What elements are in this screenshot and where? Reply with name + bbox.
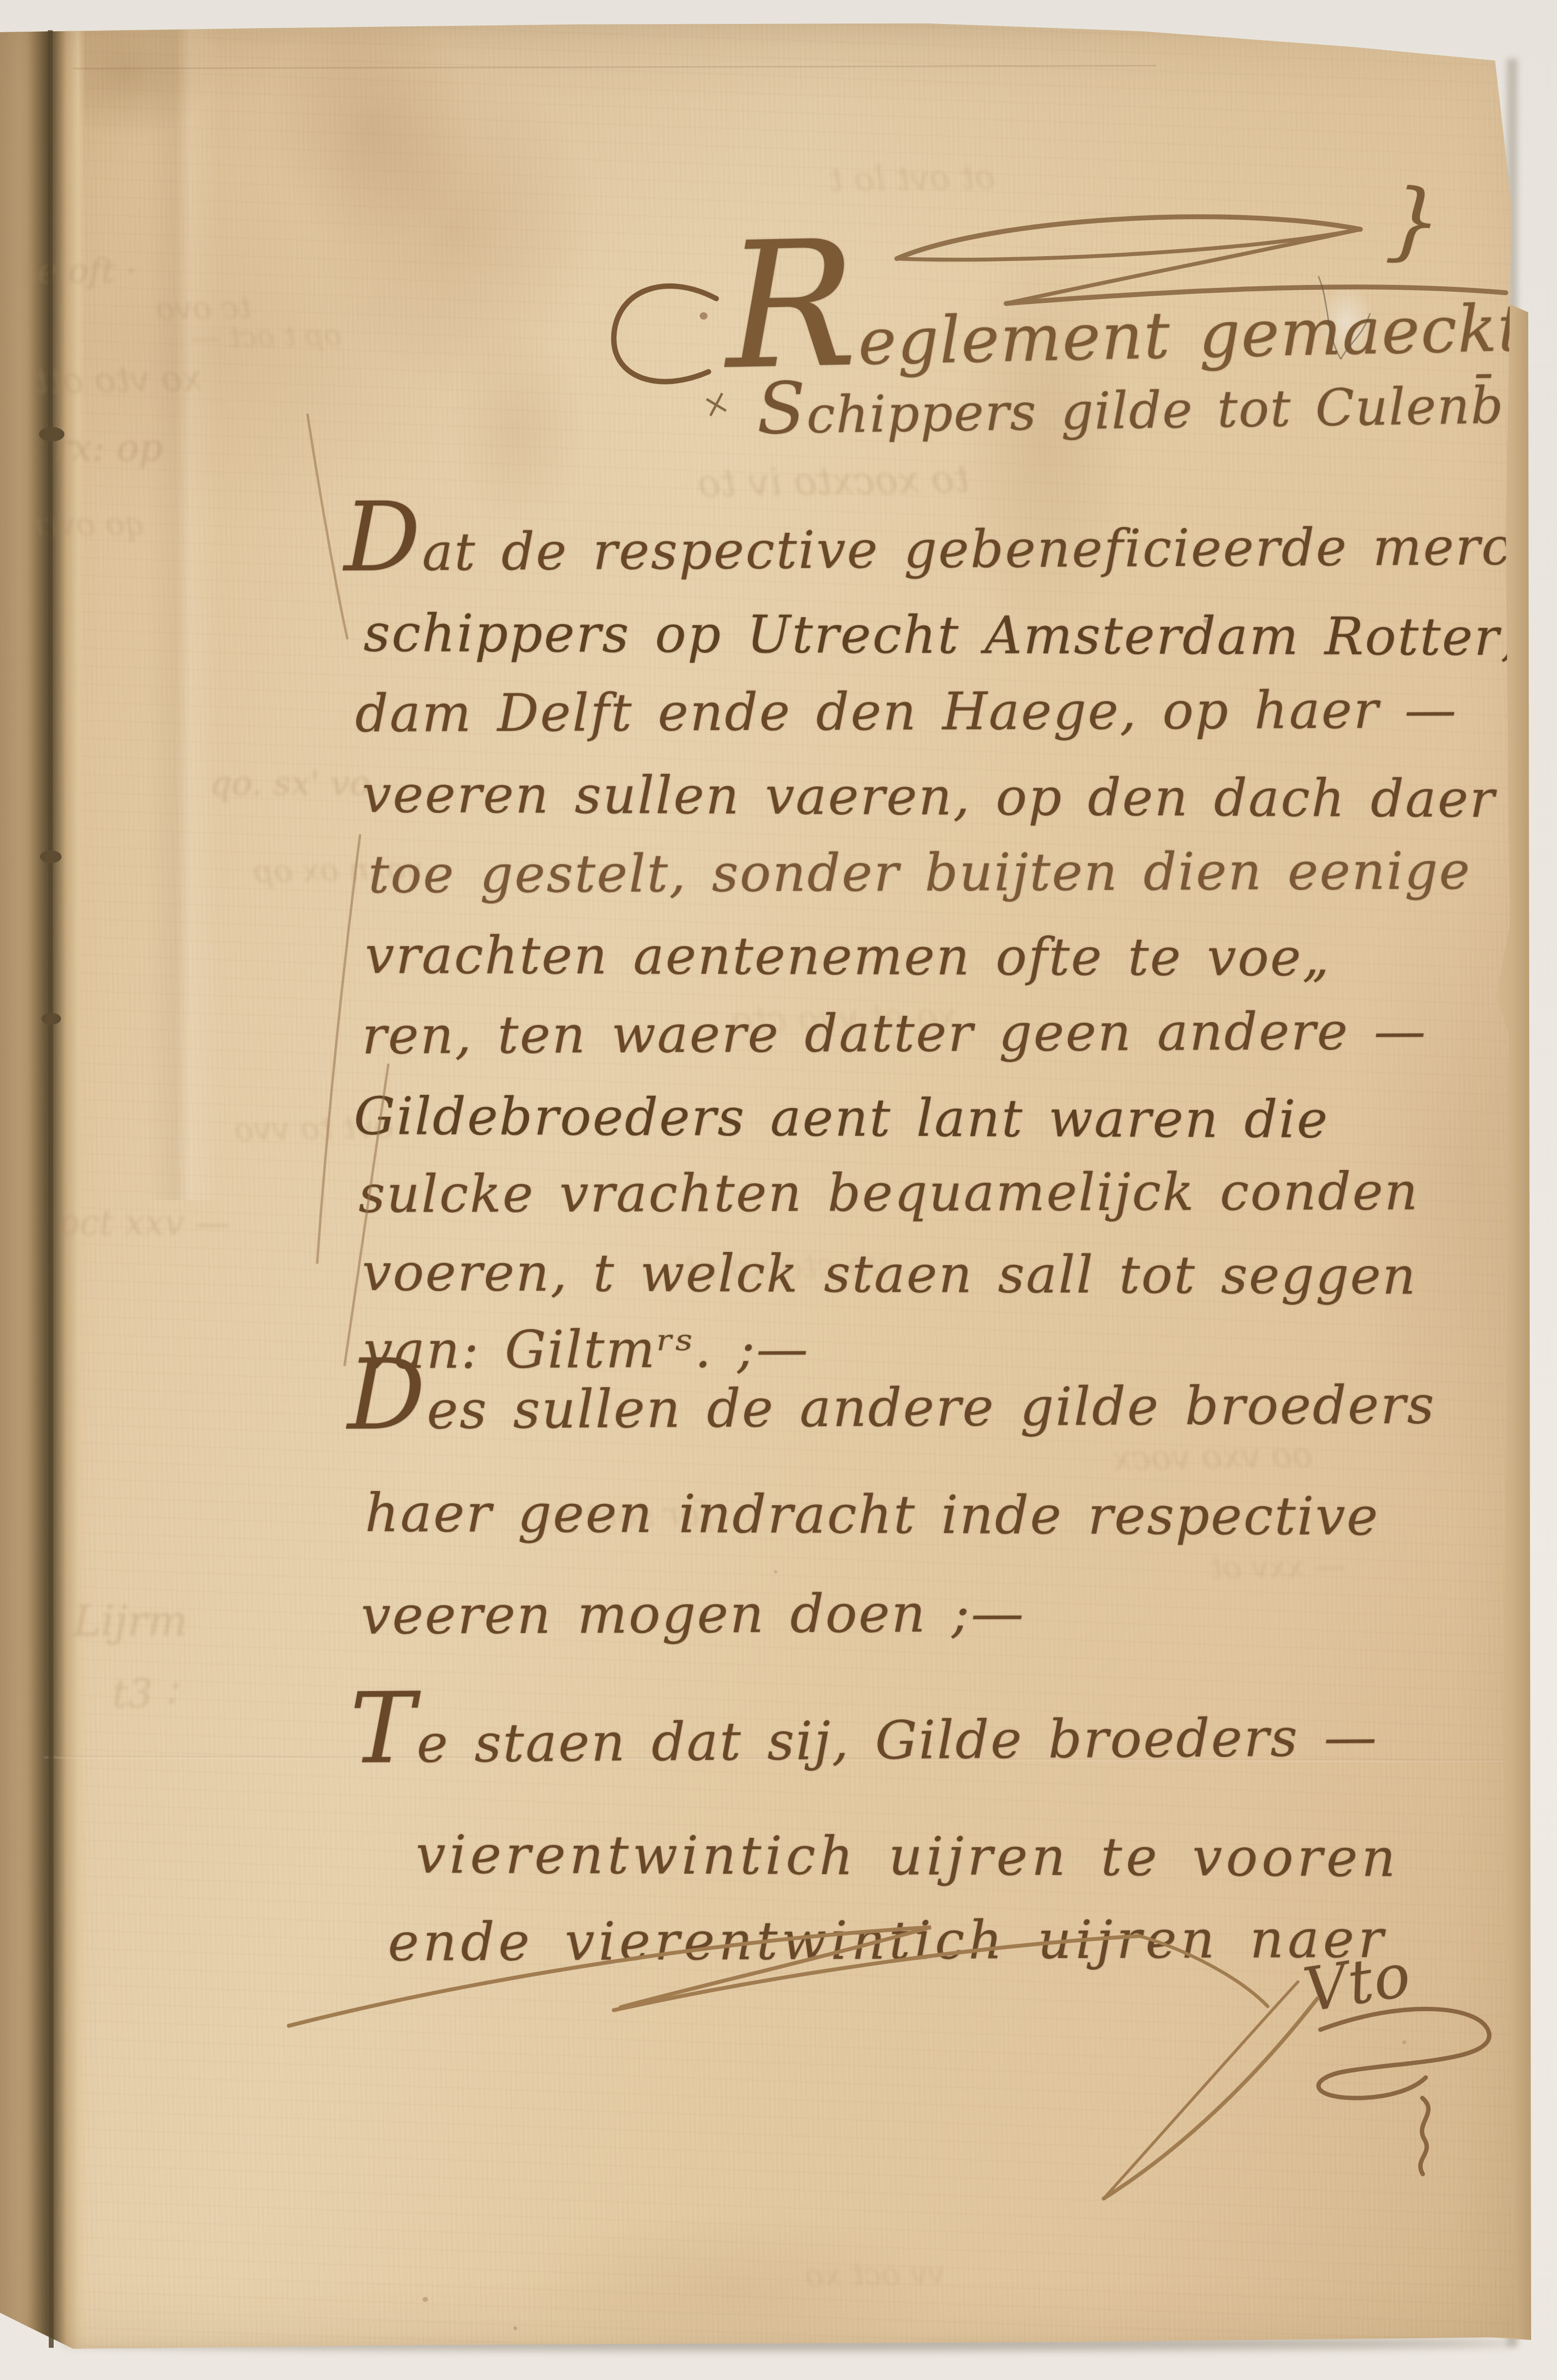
long-spike-stroke [1104, 1998, 1317, 2198]
thread-knot [39, 427, 64, 442]
bottom-flourishes [289, 1927, 1317, 2198]
scanned-manuscript-page: te oft · tc ovo xo vto ott rx: op qo ovt… [0, 0, 1557, 2380]
title-initial-swash [614, 286, 716, 382]
thread-knot [40, 850, 61, 863]
title-flourish [897, 217, 1506, 303]
margin-hairlines [307, 414, 388, 1366]
thread-knot [41, 1013, 61, 1025]
binding-thread [39, 30, 64, 2348]
ink-flourish-overlay [0, 0, 1557, 2380]
vto-paraph [1318, 2009, 1489, 2174]
cross-mark [707, 393, 726, 416]
